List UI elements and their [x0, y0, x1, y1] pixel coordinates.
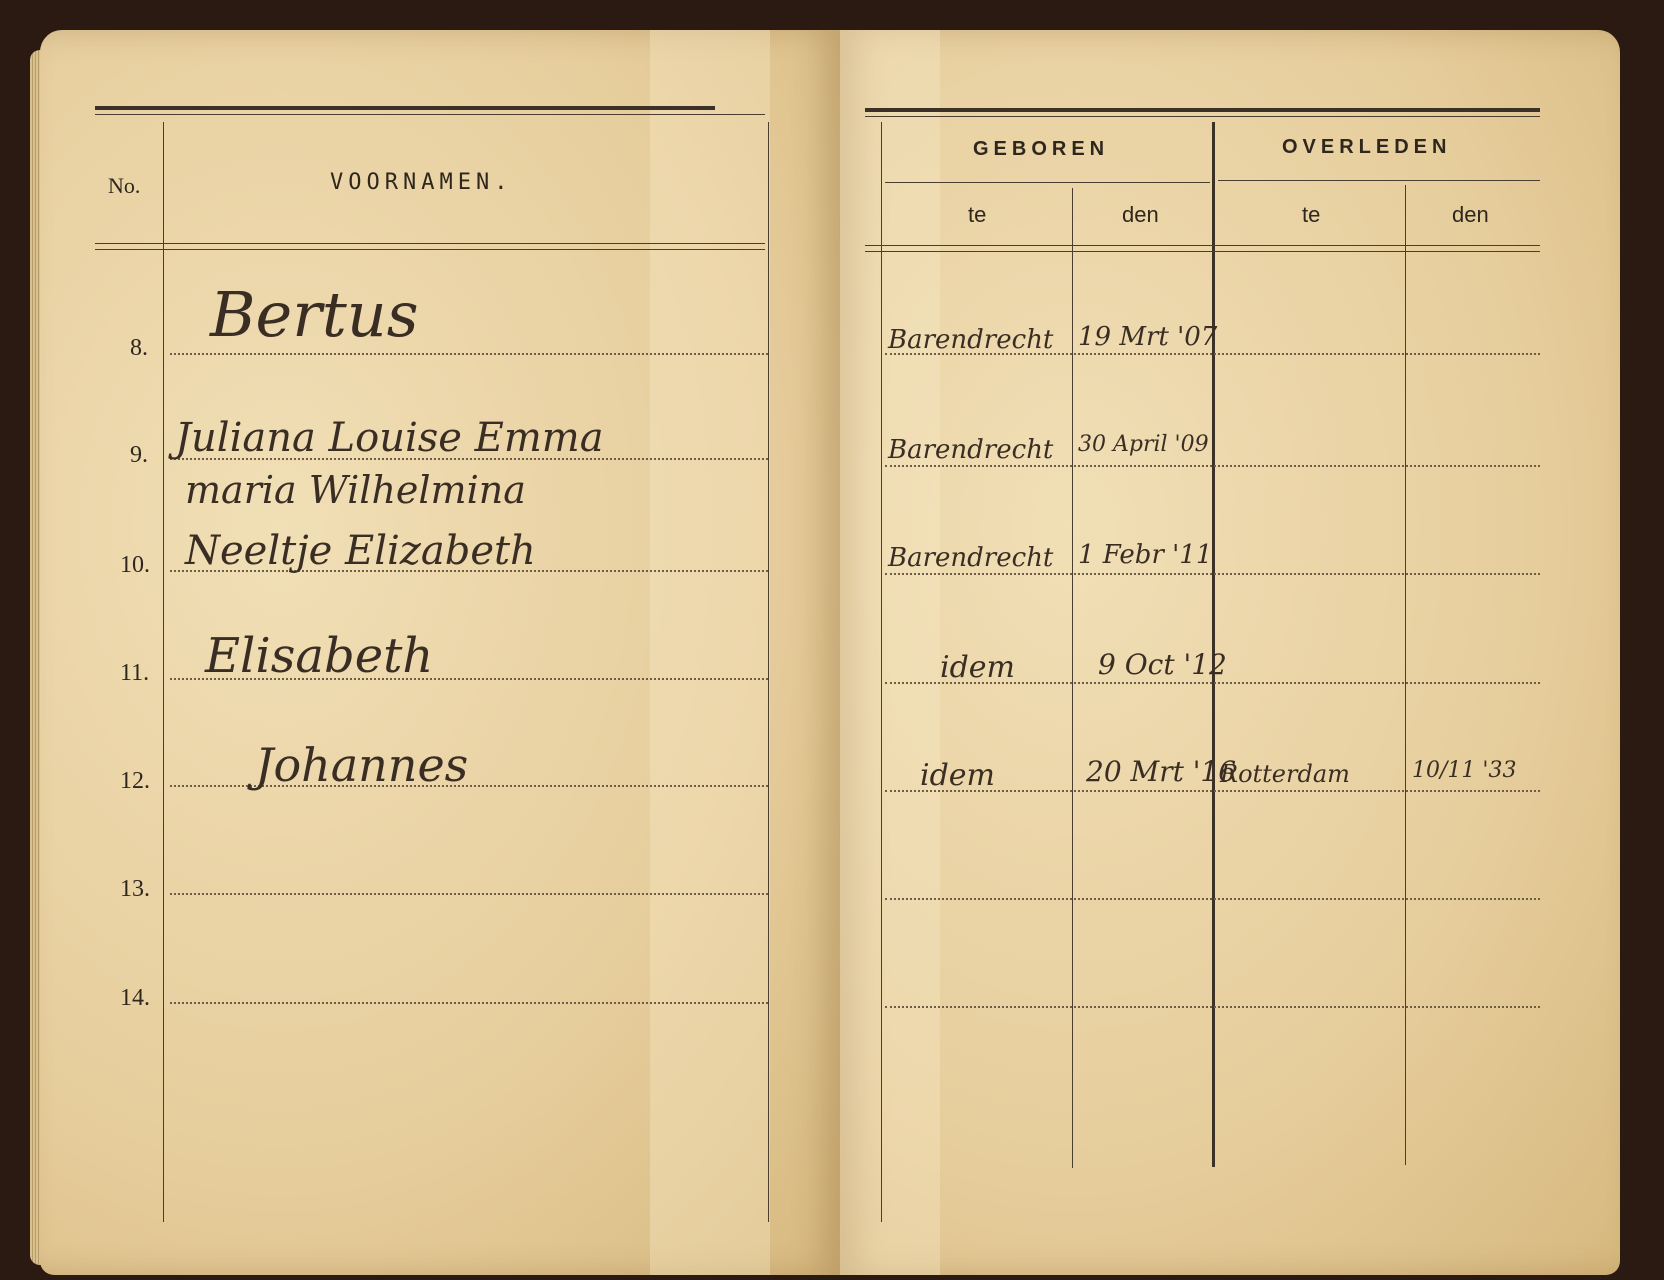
subheader-born-den: den	[1122, 202, 1159, 228]
tape-strip	[650, 30, 770, 1275]
left-column-line	[881, 122, 882, 1222]
header-rule-2	[865, 251, 1540, 252]
handwritten-name-line2: maria Wilhelmina	[185, 468, 526, 512]
header-no: No.	[108, 173, 140, 199]
top-rule-thin	[95, 114, 765, 115]
header-voornamen: VOORNAMEN.	[330, 170, 512, 195]
tape-strip	[840, 30, 940, 1275]
row-line	[170, 1002, 768, 1004]
born-died-divider	[1212, 122, 1215, 1167]
row-number: 10.	[120, 552, 150, 579]
header-rule-2	[95, 249, 765, 250]
died-subheader-rule	[1218, 180, 1540, 181]
top-rule	[865, 108, 1540, 112]
handwritten-name: Bertus	[210, 278, 419, 351]
born-place-date-divider	[1072, 188, 1073, 1168]
born-place: idem	[940, 650, 1015, 685]
died-date: 10/11 '33	[1412, 758, 1516, 783]
subheader-born-te: te	[968, 202, 986, 228]
header-rule	[865, 245, 1540, 246]
handwritten-name: Neeltje Elizabeth	[185, 528, 536, 574]
row-line	[885, 573, 1540, 575]
born-date: 9 Oct '12	[1098, 648, 1227, 681]
row-line	[170, 893, 768, 895]
header-geboren: GEBOREN	[973, 138, 1109, 161]
row-number: 13.	[120, 876, 150, 903]
row-line	[885, 1006, 1540, 1008]
died-place: Rotterdam	[1220, 760, 1350, 788]
subheader-died-te: te	[1302, 202, 1320, 228]
born-date: 20 Mrt '16	[1086, 755, 1236, 788]
left-page: No. VOORNAMEN. 8. 9. 10. 11. 12. 13. 14.…	[40, 30, 840, 1275]
row-number: 8.	[130, 335, 148, 362]
born-date: 1 Febr '11	[1078, 540, 1212, 570]
born-date: 19 Mrt '07	[1078, 322, 1217, 352]
died-place-date-divider	[1405, 185, 1406, 1165]
top-rule	[95, 106, 715, 110]
born-place: Barendrecht	[888, 435, 1053, 465]
handwritten-name: Juliana Louise Emma	[175, 415, 604, 461]
handwritten-name: Elisabeth	[205, 628, 433, 684]
right-margin-line	[768, 122, 769, 1222]
right-page: GEBOREN OVERLEDEN te den te den Barendre…	[840, 30, 1620, 1275]
born-place: Barendrecht	[888, 325, 1053, 355]
row-number: 11.	[120, 660, 149, 687]
row-number: 9.	[130, 442, 148, 469]
row-line	[885, 898, 1540, 900]
row-number: 14.	[120, 985, 150, 1012]
born-place: idem	[920, 758, 995, 793]
born-subheader-rule	[885, 182, 1210, 183]
header-overleden: OVERLEDEN	[1282, 136, 1451, 159]
subheader-died-den: den	[1452, 202, 1489, 228]
top-rule-thin	[865, 116, 1540, 117]
row-number: 12.	[120, 768, 150, 795]
header-rule	[95, 243, 765, 244]
handwritten-name: Johannes	[255, 738, 468, 792]
row-line	[885, 465, 1540, 467]
born-date: 30 April '09	[1078, 432, 1209, 457]
born-place: Barendrecht	[888, 543, 1053, 573]
row-line	[170, 353, 768, 355]
open-booklet: No. VOORNAMEN. 8. 9. 10. 11. 12. 13. 14.…	[40, 30, 1620, 1275]
number-column-divider	[163, 122, 164, 1222]
